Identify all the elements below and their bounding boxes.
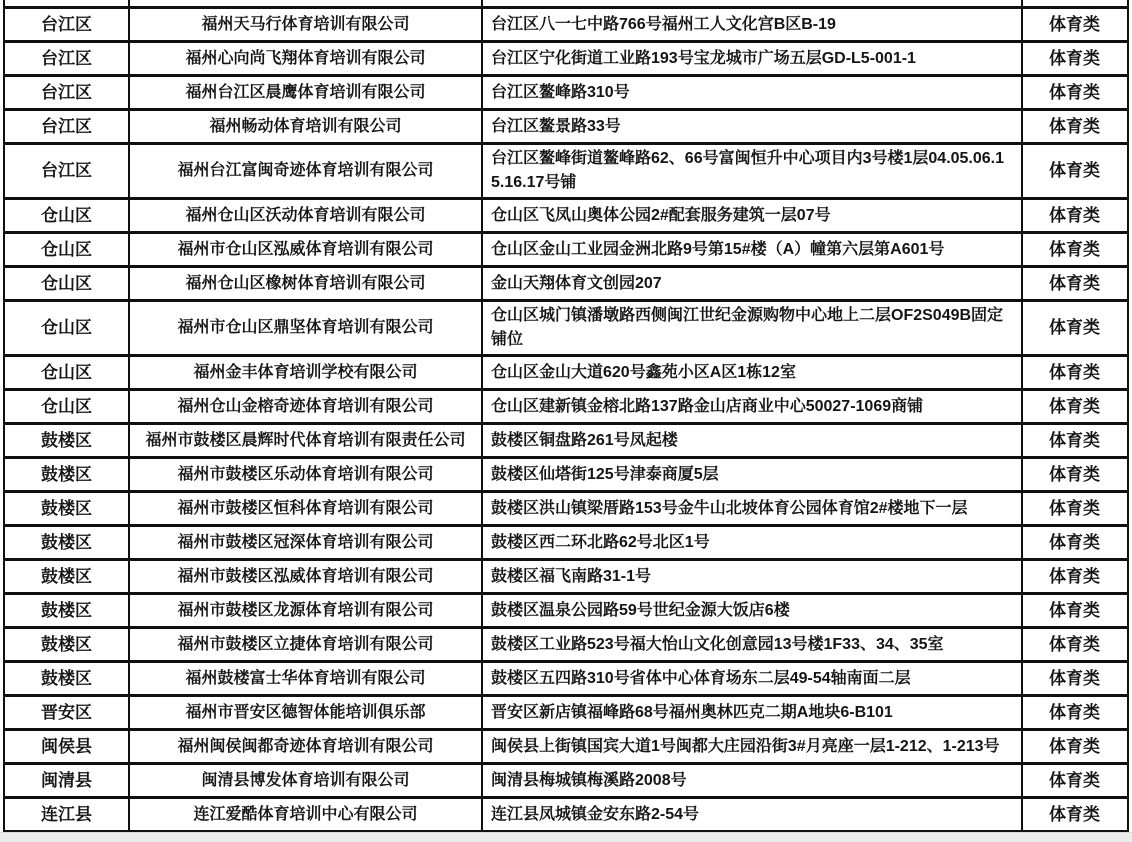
address-cell: 金山天翔体育文创园207: [483, 268, 1023, 299]
district-cell: 台江区: [5, 145, 130, 197]
company-cell: 福州仓山金榕奇迹体育培训有限公司: [130, 391, 483, 422]
table-row: 鼓楼区 福州市鼓楼区晨辉时代体育培训有限责任公司 鼓楼区铜盘路261号凤起楼 体…: [5, 425, 1127, 459]
category-cell: 体育类: [1023, 663, 1126, 694]
address-cell: 仓山区飞凤山奥体公园2#配套服务建筑一层07号: [483, 200, 1023, 231]
table-row: 闽侯县 福州闽侯闽都奇迹体育培训有限公司 闽侯县上街镇国宾大道1号闽都大庄园沿街…: [5, 731, 1127, 765]
address-cell: 台江区鳌峰街道鳌峰路62、66号富闽恒升中心项目内3号楼1层04.05.06.1…: [483, 145, 1023, 197]
company-cell: 福州闽侯闽都奇迹体育培训有限公司: [130, 731, 483, 762]
address-cell: 鼓楼区西二环北路62号北区1号: [483, 527, 1023, 558]
address-cell: 仓山区金山工业园金洲北路9号第15#楼（A）幢第六层第A601号: [483, 234, 1023, 265]
table-row-partial-top: [5, 0, 1127, 9]
category-cell: 体育类: [1023, 527, 1126, 558]
address-cell: 鼓楼区洪山镇梁厝路153号金牛山北坡体育公园体育馆2#楼地下一层: [483, 493, 1023, 524]
district-cell: 仓山区: [5, 391, 130, 422]
address-cell: 鼓楼区铜盘路261号凤起楼: [483, 425, 1023, 456]
address-cell: 仓山区金山大道620号鑫苑小区A区1栋12室: [483, 357, 1023, 388]
district-cell: 台江区: [5, 111, 130, 142]
address-cell: 鼓楼区五四路310号省体中心体育场东二层49-54轴南面二层: [483, 663, 1023, 694]
district-cell: 仓山区: [5, 268, 130, 299]
address-cell: 闽侯县上街镇国宾大道1号闽都大庄园沿街3#月亮座一层1-212、1-213号: [483, 731, 1023, 762]
page-bottom-strip: [0, 832, 1132, 842]
district-cell: 闽侯县: [5, 731, 130, 762]
table-row: 鼓楼区 福州鼓楼富士华体育培训有限公司 鼓楼区五四路310号省体中心体育场东二层…: [5, 663, 1127, 697]
company-cell: 福州市鼓楼区晨辉时代体育培训有限责任公司: [130, 425, 483, 456]
address-cell: [483, 0, 1023, 6]
table-row: 晋安区 福州市晋安区德智体能培训俱乐部 晋安区新店镇福峰路68号福州奥林匹克二期…: [5, 697, 1127, 731]
table-row: 鼓楼区 福州市鼓楼区冠深体育培训有限公司 鼓楼区西二环北路62号北区1号 体育类: [5, 527, 1127, 561]
company-cell: 福州天马行体育培训有限公司: [130, 9, 483, 40]
district-cell: 台江区: [5, 77, 130, 108]
district-cell: 仓山区: [5, 234, 130, 265]
address-cell: 仓山区建新镇金榕北路137路金山店商业中心50027-1069商铺: [483, 391, 1023, 422]
company-cell: 福州市鼓楼区立捷体育培训有限公司: [130, 629, 483, 660]
district-cell: 鼓楼区: [5, 561, 130, 592]
table-row: 仓山区 福州仓山区沃动体育培训有限公司 仓山区飞凤山奥体公园2#配套服务建筑一层…: [5, 200, 1127, 234]
category-cell: 体育类: [1023, 200, 1126, 231]
table-row: 仓山区 福州仓山金榕奇迹体育培训有限公司 仓山区建新镇金榕北路137路金山店商业…: [5, 391, 1127, 425]
table-row: 鼓楼区 福州市鼓楼区立捷体育培训有限公司 鼓楼区工业路523号福大怡山文化创意园…: [5, 629, 1127, 663]
category-cell: 体育类: [1023, 629, 1126, 660]
table-row: 仓山区 福州仓山区橡树体育培训有限公司 金山天翔体育文创园207 体育类: [5, 268, 1127, 302]
district-cell: 仓山区: [5, 357, 130, 388]
company-cell: 闽清县博发体育培训有限公司: [130, 765, 483, 796]
company-cell: 福州畅动体育培训有限公司: [130, 111, 483, 142]
district-cell: 鼓楼区: [5, 595, 130, 626]
table-row: 仓山区 福州市仓山区泓威体育培训有限公司 仓山区金山工业园金洲北路9号第15#楼…: [5, 234, 1127, 268]
company-cell: 福州市鼓楼区乐动体育培训有限公司: [130, 459, 483, 490]
category-cell: 体育类: [1023, 493, 1126, 524]
category-cell: 体育类: [1023, 357, 1126, 388]
company-cell: 福州鼓楼富士华体育培训有限公司: [130, 663, 483, 694]
district-cell: 鼓楼区: [5, 663, 130, 694]
category-cell: 体育类: [1023, 234, 1126, 265]
table-row: 鼓楼区 福州市鼓楼区乐动体育培训有限公司 鼓楼区仙塔街125号津泰商厦5层 体育…: [5, 459, 1127, 493]
address-cell: 仓山区城门镇潘墩路西侧闽江世纪金源购物中心地上二层OF2S049B固定铺位: [483, 302, 1023, 354]
table-row: 闽清县 闽清县博发体育培训有限公司 闽清县梅城镇梅溪路2008号 体育类: [5, 765, 1127, 799]
district-cell: [5, 0, 130, 6]
address-cell: 闽清县梅城镇梅溪路2008号: [483, 765, 1023, 796]
table-row: 连江县 连江爱酷体育培训中心有限公司 连江县凤城镇金安东路2-54号 体育类: [5, 799, 1127, 833]
district-cell: 仓山区: [5, 200, 130, 231]
company-cell: 福州仓山区橡树体育培训有限公司: [130, 268, 483, 299]
category-cell: 体育类: [1023, 77, 1126, 108]
table-row: 台江区 福州台江富闽奇迹体育培训有限公司 台江区鳌峰街道鳌峰路62、66号富闽恒…: [5, 145, 1127, 200]
category-cell: 体育类: [1023, 268, 1126, 299]
table-row: 鼓楼区 福州市鼓楼区恒科体育培训有限公司 鼓楼区洪山镇梁厝路153号金牛山北坡体…: [5, 493, 1127, 527]
address-cell: 台江区宁化街道工业路193号宝龙城市广场五层GD-L5-001-1: [483, 43, 1023, 74]
district-cell: 鼓楼区: [5, 425, 130, 456]
district-cell: 鼓楼区: [5, 629, 130, 660]
table-row: 台江区 福州畅动体育培训有限公司 台江区鳌景路33号 体育类: [5, 111, 1127, 145]
category-cell: 体育类: [1023, 302, 1126, 354]
district-cell: 晋安区: [5, 697, 130, 728]
address-cell: 鼓楼区仙塔街125号津泰商厦5层: [483, 459, 1023, 490]
category-cell: 体育类: [1023, 799, 1126, 830]
category-cell: 体育类: [1023, 43, 1126, 74]
category-cell: [1023, 0, 1126, 6]
district-cell: 台江区: [5, 43, 130, 74]
category-cell: 体育类: [1023, 9, 1126, 40]
table-row: 台江区 福州天马行体育培训有限公司 台江区八一七中路766号福州工人文化宫B区B…: [5, 9, 1127, 43]
company-cell: 福州市仓山区鼎坚体育培训有限公司: [130, 302, 483, 354]
category-cell: 体育类: [1023, 111, 1126, 142]
address-cell: 鼓楼区温泉公园路59号世纪金源大饭店6楼: [483, 595, 1023, 626]
category-cell: 体育类: [1023, 145, 1126, 197]
category-cell: 体育类: [1023, 391, 1126, 422]
training-institutions-table: 台江区 福州天马行体育培训有限公司 台江区八一七中路766号福州工人文化宫B区B…: [3, 0, 1129, 833]
district-cell: 闽清县: [5, 765, 130, 796]
address-cell: 晋安区新店镇福峰路68号福州奥林匹克二期A地块6-B101: [483, 697, 1023, 728]
table-body: 台江区 福州天马行体育培训有限公司 台江区八一七中路766号福州工人文化宫B区B…: [5, 9, 1127, 833]
district-cell: 鼓楼区: [5, 493, 130, 524]
address-cell: 鼓楼区工业路523号福大怡山文化创意园13号楼1F33、34、35室: [483, 629, 1023, 660]
company-cell: 福州市鼓楼区冠深体育培训有限公司: [130, 527, 483, 558]
company-cell: 福州市鼓楼区龙源体育培训有限公司: [130, 595, 483, 626]
company-cell: 福州仓山区沃动体育培训有限公司: [130, 200, 483, 231]
category-cell: 体育类: [1023, 561, 1126, 592]
category-cell: 体育类: [1023, 425, 1126, 456]
company-cell: 福州市晋安区德智体能培训俱乐部: [130, 697, 483, 728]
company-cell: 连江爱酷体育培训中心有限公司: [130, 799, 483, 830]
category-cell: 体育类: [1023, 595, 1126, 626]
district-cell: 连江县: [5, 799, 130, 830]
table-row: 鼓楼区 福州市鼓楼区龙源体育培训有限公司 鼓楼区温泉公园路59号世纪金源大饭店6…: [5, 595, 1127, 629]
district-cell: 鼓楼区: [5, 527, 130, 558]
address-cell: 台江区八一七中路766号福州工人文化宫B区B-19: [483, 9, 1023, 40]
table-row: 台江区 福州台江区晨鹰体育培训有限公司 台江区鳌峰路310号 体育类: [5, 77, 1127, 111]
company-cell: 福州市鼓楼区泓威体育培训有限公司: [130, 561, 483, 592]
company-cell: 福州心向尚飞翔体育培训有限公司: [130, 43, 483, 74]
district-cell: 仓山区: [5, 302, 130, 354]
address-cell: 台江区鳌景路33号: [483, 111, 1023, 142]
table-row: 仓山区 福州金丰体育培训学校有限公司 仓山区金山大道620号鑫苑小区A区1栋12…: [5, 357, 1127, 391]
table-row: 鼓楼区 福州市鼓楼区泓威体育培训有限公司 鼓楼区福飞南路31-1号 体育类: [5, 561, 1127, 595]
category-cell: 体育类: [1023, 697, 1126, 728]
company-cell: 福州市仓山区泓威体育培训有限公司: [130, 234, 483, 265]
company-cell: [130, 0, 483, 6]
address-cell: 连江县凤城镇金安东路2-54号: [483, 799, 1023, 830]
table-row: 台江区 福州心向尚飞翔体育培训有限公司 台江区宁化街道工业路193号宝龙城市广场…: [5, 43, 1127, 77]
address-cell: 台江区鳌峰路310号: [483, 77, 1023, 108]
company-cell: 福州市鼓楼区恒科体育培训有限公司: [130, 493, 483, 524]
table-row: 仓山区 福州市仓山区鼎坚体育培训有限公司 仓山区城门镇潘墩路西侧闽江世纪金源购物…: [5, 302, 1127, 357]
company-cell: 福州台江富闽奇迹体育培训有限公司: [130, 145, 483, 197]
address-cell: 鼓楼区福飞南路31-1号: [483, 561, 1023, 592]
page: 台江区 福州天马行体育培训有限公司 台江区八一七中路766号福州工人文化宫B区B…: [0, 0, 1132, 842]
category-cell: 体育类: [1023, 765, 1126, 796]
company-cell: 福州金丰体育培训学校有限公司: [130, 357, 483, 388]
district-cell: 台江区: [5, 9, 130, 40]
company-cell: 福州台江区晨鹰体育培训有限公司: [130, 77, 483, 108]
category-cell: 体育类: [1023, 459, 1126, 490]
district-cell: 鼓楼区: [5, 459, 130, 490]
category-cell: 体育类: [1023, 731, 1126, 762]
